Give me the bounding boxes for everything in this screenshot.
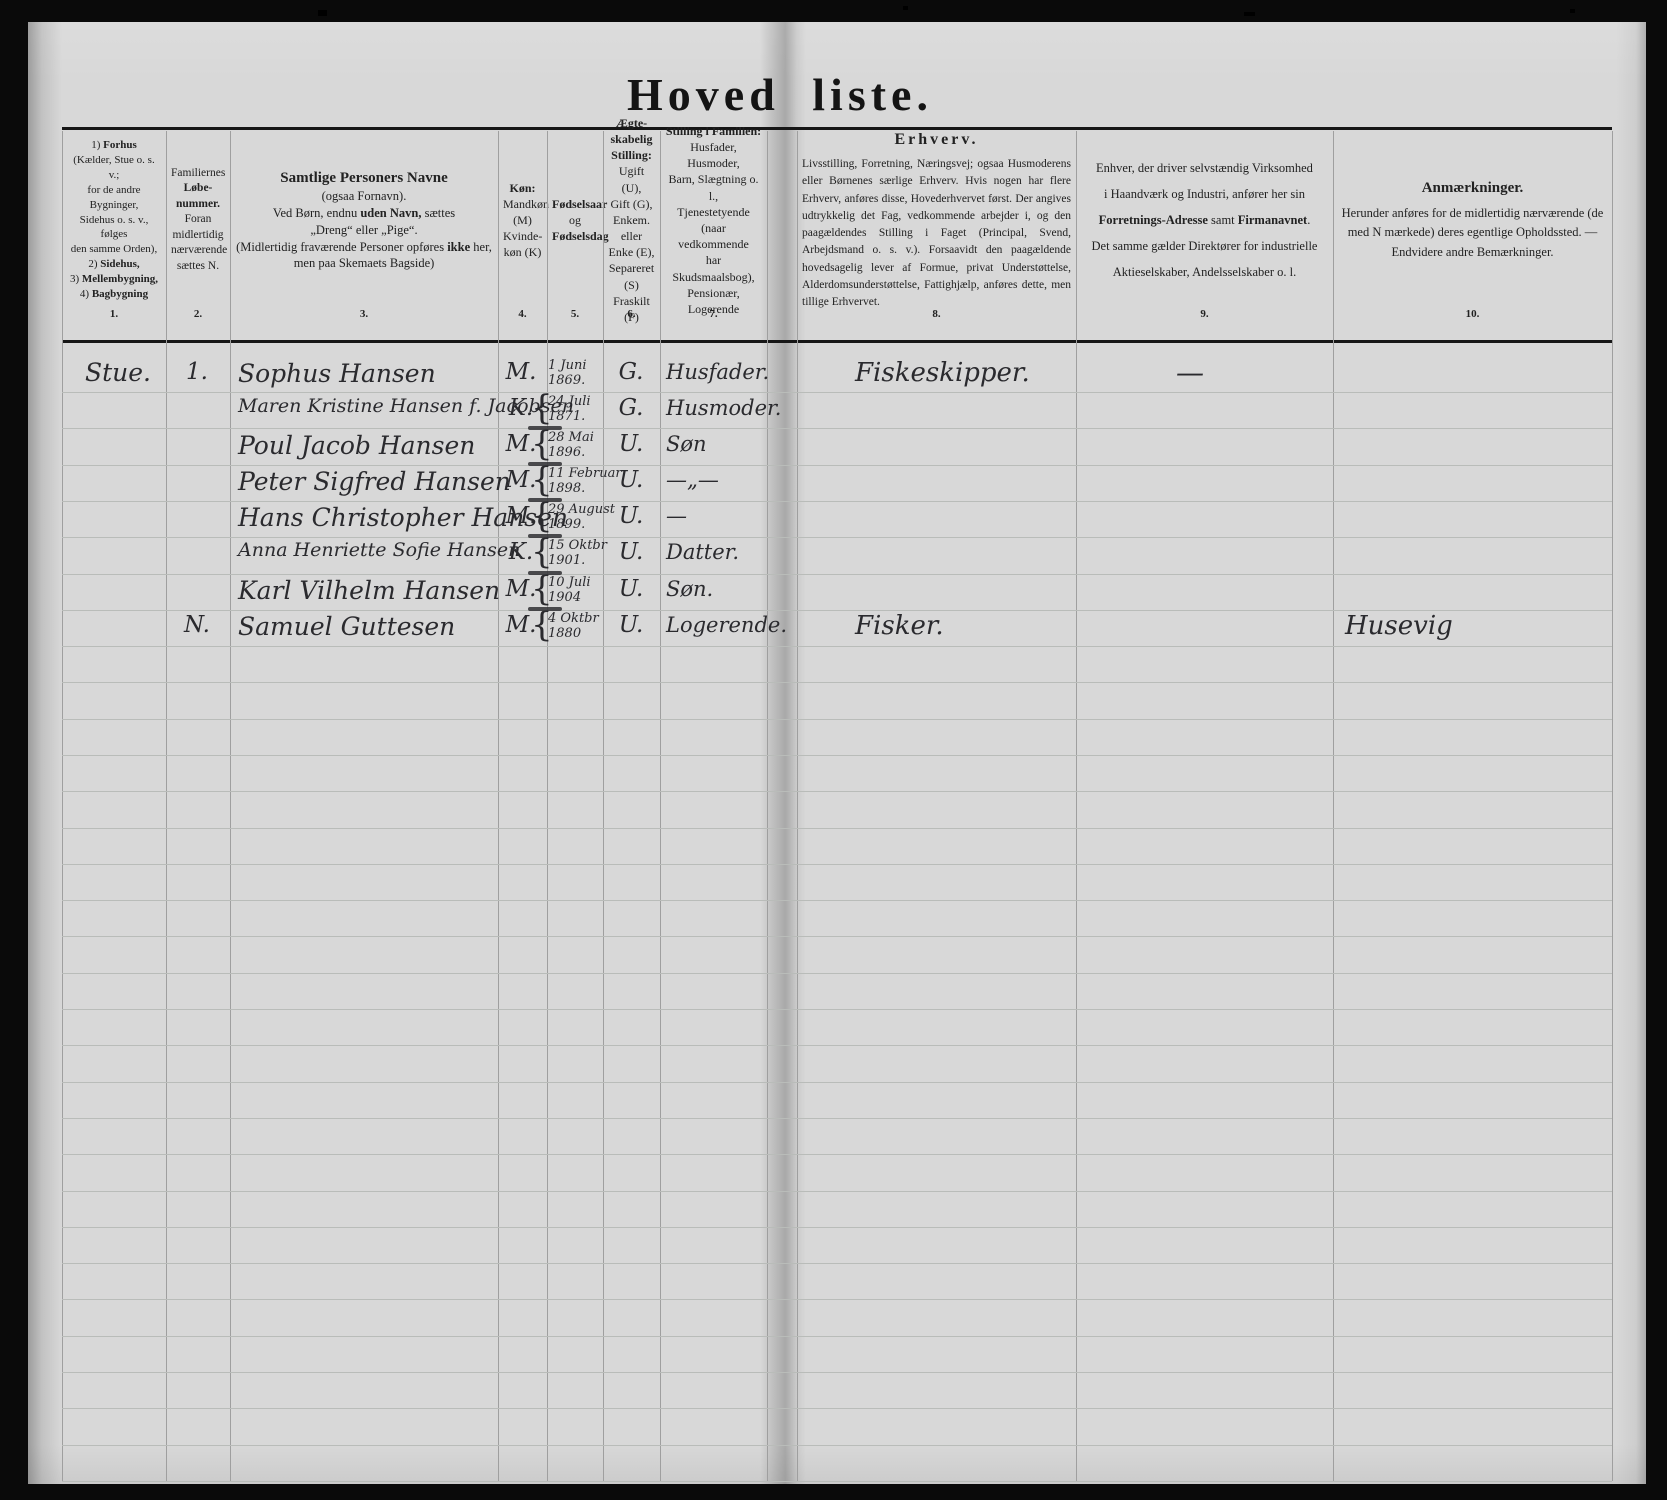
ruled-row-line bbox=[62, 719, 1612, 720]
header-line: Køn: bbox=[503, 180, 542, 196]
entry-marital-status: U. bbox=[606, 539, 656, 565]
header-line: nærværende bbox=[171, 243, 225, 259]
entry-birthdate: {11 Februar1898. bbox=[538, 466, 600, 496]
scan-speck bbox=[1570, 9, 1575, 13]
header-line: „Dreng“ eller „Pige“. bbox=[235, 222, 493, 239]
header-line: den samme Orden), bbox=[67, 242, 161, 257]
header-line: Husfader, Husmoder, bbox=[665, 139, 762, 171]
header-line: Mandkøn bbox=[503, 196, 542, 212]
column-number: 10. bbox=[1333, 308, 1612, 320]
header-line: (Kælder, Stue o. s. v.; bbox=[67, 153, 161, 183]
ruled-row-line bbox=[62, 1227, 1612, 1228]
header-line: Livsstilling, Forretning, Næringsvej; og… bbox=[802, 156, 1071, 311]
entry-family-position: Søn. bbox=[666, 577, 713, 601]
column-separator-line bbox=[603, 131, 604, 1481]
header-line: køn (K) bbox=[503, 244, 542, 260]
header-line: Gift (G), bbox=[608, 196, 655, 212]
header-line: (naar vedkommende bbox=[665, 220, 762, 252]
ruled-row-line bbox=[62, 392, 1612, 393]
header-line: 3) Mellembygning, bbox=[67, 272, 161, 287]
column-header-1: 1) Forhus(Kælder, Stue o. s. v.;for de a… bbox=[67, 136, 161, 304]
entry-marital-status: G. bbox=[606, 395, 656, 421]
entry-marital-status: U. bbox=[606, 467, 656, 493]
column-number: 1. bbox=[62, 308, 166, 320]
entry-name: Karl Vilhelm Hansen bbox=[238, 576, 500, 605]
column-number: 2. bbox=[166, 308, 230, 320]
entry-birthdate: {29 August1899. bbox=[538, 502, 600, 532]
column-number: 7. bbox=[660, 308, 767, 320]
header-line: Herunder anføres for de midlertidig nærv… bbox=[1338, 204, 1607, 262]
ruled-row-line bbox=[62, 755, 1612, 756]
column-header-7: Stilling i Familien:Husfader, Husmoder,B… bbox=[665, 136, 762, 304]
birthdate-brace: { bbox=[531, 572, 553, 606]
column-separator-line bbox=[660, 131, 661, 1481]
entry-name: Sophus Hansen bbox=[238, 359, 436, 388]
entry-birthdate: {24 Juli1871. bbox=[538, 394, 600, 424]
header-line: men paa Skemaets Bagside) bbox=[235, 255, 493, 272]
column-header-2: FamiliernesLøbe-nummer.Foranmidlertidign… bbox=[171, 136, 225, 304]
ruled-row-line bbox=[62, 1408, 1612, 1409]
column-number: 3. bbox=[230, 308, 498, 320]
ruled-row-line bbox=[62, 900, 1612, 901]
entry-business-address: — bbox=[1120, 356, 1260, 389]
header-line: Anmærkninger. bbox=[1338, 178, 1607, 198]
ruled-row-line bbox=[62, 936, 1612, 937]
column-separator-line bbox=[547, 131, 548, 1481]
entry-remark: Husevig bbox=[1345, 611, 1453, 641]
entry-occupation: Fisker. bbox=[855, 611, 944, 641]
entry-name: Anna Henriette Sofie Hansen bbox=[238, 539, 520, 561]
header-line: (M) bbox=[503, 212, 542, 228]
header-line: nummer. bbox=[171, 197, 225, 213]
header-bottom-rule bbox=[62, 340, 1612, 343]
header-line: (Midlertidig fraværende Personer opføres… bbox=[235, 239, 493, 256]
ink-flourish bbox=[528, 607, 562, 611]
header-line: Ægte- bbox=[608, 115, 655, 131]
ink-flourish bbox=[528, 534, 562, 538]
header-line: (ogsaa Fornavn). bbox=[235, 188, 493, 205]
column-header-9: Enhver, der driver selvstændig Virksomhe… bbox=[1081, 136, 1328, 304]
entry-family-position: Husfader. bbox=[666, 360, 769, 384]
header-line: Ved Børn, endnu uden Navn, sættes bbox=[235, 205, 493, 222]
ruled-row-line bbox=[62, 1299, 1612, 1300]
ink-flourish bbox=[528, 571, 562, 575]
column-number: 4. bbox=[498, 308, 547, 320]
entry-family-position: Søn bbox=[666, 432, 707, 456]
entry-family-position: Datter. bbox=[666, 540, 739, 564]
header-line: Samtlige Personers Navne bbox=[235, 168, 493, 188]
entry-dwelling: Stue. bbox=[74, 358, 162, 387]
scan-speck bbox=[1244, 12, 1255, 16]
column-number: 8. bbox=[797, 308, 1076, 320]
column-header-8: Erhverv.Livsstilling, Forretning, Næring… bbox=[802, 136, 1071, 304]
header-line: 1) Forhus bbox=[67, 138, 161, 153]
column-number: 5. bbox=[547, 308, 603, 320]
header-line: Foran bbox=[171, 212, 225, 228]
ruled-row-line bbox=[62, 791, 1612, 792]
birthdate-line: 1869. bbox=[538, 373, 600, 388]
birthdate-brace: { bbox=[531, 427, 553, 461]
entry-name: Samuel Guttesen bbox=[238, 612, 455, 641]
header-line: Enkem. eller bbox=[608, 212, 655, 244]
entry-family-position: Logerende. bbox=[666, 613, 787, 637]
header-line: skabelig bbox=[608, 131, 655, 147]
entry-family-position: Husmoder. bbox=[666, 396, 781, 420]
header-line: Erhverv. bbox=[802, 129, 1071, 151]
entry-marital-status: G. bbox=[606, 359, 656, 385]
ruled-row-line bbox=[62, 1445, 1612, 1446]
document-title: Hoved liste. bbox=[560, 68, 1000, 121]
header-line: Løbe- bbox=[171, 181, 225, 197]
column-header-4: Køn:Mandkøn(M)Kvinde-køn (K) bbox=[503, 136, 542, 304]
ruled-row-line bbox=[62, 537, 1612, 538]
header-line: Ugift (U), bbox=[608, 163, 655, 195]
header-line: Aktieselskaber, Andelsselskaber o. l. bbox=[1081, 263, 1328, 281]
birthdate-brace: { bbox=[531, 608, 553, 642]
ruled-row-line bbox=[62, 1154, 1612, 1155]
column-separator-line bbox=[498, 131, 499, 1481]
entry-marital-status: U. bbox=[606, 503, 656, 529]
column-separator-line bbox=[767, 131, 768, 1481]
header-line: 2) Sidehus, bbox=[67, 257, 161, 272]
entry-marital-status: U. bbox=[606, 612, 656, 638]
entry-occupation: Fiskeskipper. bbox=[855, 358, 1030, 388]
entry-sex: M. bbox=[500, 359, 542, 385]
ruled-row-line bbox=[62, 1336, 1612, 1337]
header-line: Separeret bbox=[608, 260, 655, 276]
birthdate-brace: { bbox=[531, 535, 553, 569]
ink-flourish bbox=[528, 498, 562, 502]
entry-birthdate: {15 Oktbr1901. bbox=[538, 538, 600, 568]
header-line: i Haandværk og Industri, anfører her sin bbox=[1081, 185, 1328, 203]
ruled-row-line bbox=[62, 1118, 1612, 1119]
ruled-row-line bbox=[62, 501, 1612, 502]
header-line: Enke (E), bbox=[608, 244, 655, 260]
header-line: Fødselsdag bbox=[552, 228, 598, 244]
column-header-3: Samtlige Personers Navne(ogsaa Fornavn).… bbox=[235, 136, 493, 304]
header-line: Stilling: bbox=[608, 147, 655, 163]
column-separator-line bbox=[62, 131, 63, 1481]
header-line: har Skudsmaalsbog), bbox=[665, 252, 762, 284]
header-line: Det samme gælder Direktører for industri… bbox=[1081, 237, 1328, 255]
ruled-row-line bbox=[62, 574, 1612, 575]
birthdate-brace: { bbox=[531, 391, 553, 425]
entry-birthdate: {28 Mai1896. bbox=[538, 430, 600, 460]
column-number: 9. bbox=[1076, 308, 1333, 320]
entry-name: Peter Sigfred Hansen bbox=[238, 467, 511, 496]
entry-marital-status: U. bbox=[606, 431, 656, 457]
header-line: Tjenestetyende bbox=[665, 204, 762, 220]
header-line: (S) bbox=[608, 277, 655, 293]
header-line: 4) Bagbygning bbox=[67, 287, 161, 302]
ruled-row-line bbox=[62, 465, 1612, 466]
header-line: Kvinde- bbox=[503, 228, 542, 244]
entry-family-position: — bbox=[666, 504, 687, 528]
header-line: Forretnings-Adresse samt Firmanavnet. bbox=[1081, 211, 1328, 229]
column-separator-line bbox=[1333, 131, 1334, 1481]
ruled-row-line bbox=[62, 1009, 1612, 1010]
ruled-row-line bbox=[62, 1191, 1612, 1192]
scan-speck bbox=[903, 6, 908, 10]
scan-speck bbox=[318, 10, 327, 16]
column-separator-line bbox=[230, 131, 231, 1481]
ink-flourish bbox=[528, 426, 562, 430]
ruled-row-line bbox=[62, 428, 1612, 429]
header-line: for de andre Bygninger, bbox=[67, 183, 161, 213]
header-line: Barn, Slægtning o. l., bbox=[665, 171, 762, 203]
ruled-row-line bbox=[62, 682, 1612, 683]
ruled-row-line bbox=[62, 1045, 1612, 1046]
entry-family-position: —„— bbox=[666, 468, 719, 492]
ruled-row-line bbox=[62, 1263, 1612, 1264]
ruled-row-line bbox=[62, 1372, 1612, 1373]
header-line: Stilling i Familien: bbox=[665, 123, 762, 139]
header-line: Familiernes bbox=[171, 166, 225, 182]
entry-birthdate: {10 Juli1904 bbox=[538, 575, 600, 605]
column-header-5: FødselsaarogFødselsdag bbox=[552, 136, 598, 304]
ink-flourish bbox=[528, 462, 562, 466]
entry-family-number: N. bbox=[166, 612, 228, 638]
header-line: og bbox=[552, 212, 598, 228]
header-line: midlertidig bbox=[171, 228, 225, 244]
ruled-row-line bbox=[62, 1481, 1612, 1482]
entry-marital-status: U. bbox=[606, 576, 656, 602]
entry-birthdate: {4 Oktbr1880 bbox=[538, 611, 600, 641]
column-number: 6. bbox=[603, 308, 660, 320]
column-header-6: Ægte-skabeligStilling:Ugift (U),Gift (G)… bbox=[608, 136, 655, 304]
column-separator-line bbox=[797, 131, 798, 1481]
ruled-row-line bbox=[62, 646, 1612, 647]
column-separator-line bbox=[1612, 131, 1613, 1481]
ruled-row-line bbox=[62, 864, 1612, 865]
birthdate-brace: { bbox=[531, 499, 553, 533]
header-line: Fødselsaar bbox=[552, 196, 598, 212]
scanned-census-page: Hoved liste. 1) Forhus(Kælder, Stue o. s… bbox=[0, 0, 1667, 1500]
entry-name: Poul Jacob Hansen bbox=[238, 431, 475, 460]
entry-family-number: 1. bbox=[166, 359, 228, 385]
column-separator-line bbox=[1076, 131, 1077, 1481]
birthdate-line: 1 Juni bbox=[538, 358, 600, 373]
birthdate-brace: { bbox=[531, 463, 553, 497]
ruled-row-line bbox=[62, 828, 1612, 829]
column-header-10: Anmærkninger.Herunder anføres for de mid… bbox=[1338, 136, 1607, 304]
entry-birthdate: 1 Juni1869. bbox=[538, 358, 600, 388]
header-line: Sidehus o. s. v., følges bbox=[67, 213, 161, 243]
header-line: Enhver, der driver selvstændig Virksomhe… bbox=[1081, 159, 1328, 177]
column-separator-line bbox=[166, 131, 167, 1481]
ruled-row-line bbox=[62, 1082, 1612, 1083]
header-line: sættes N. bbox=[171, 259, 225, 275]
ruled-row-line bbox=[62, 973, 1612, 974]
